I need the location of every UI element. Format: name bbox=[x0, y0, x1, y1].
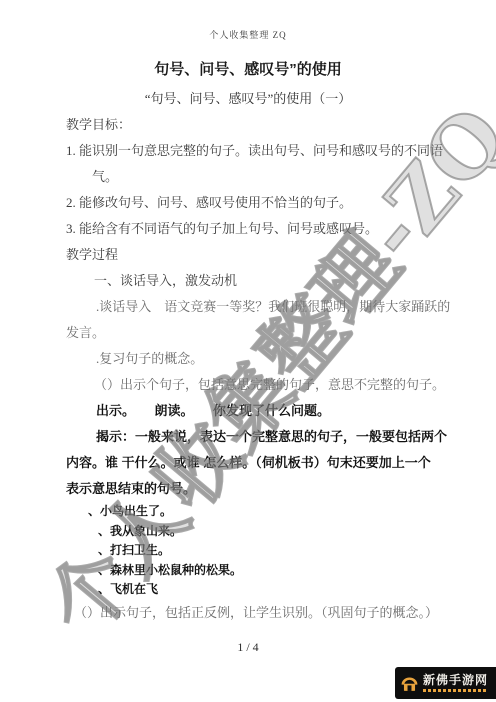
page-number: 1 / 4 bbox=[0, 640, 496, 655]
page-title: 句号、问号、感叹号”的使用 bbox=[0, 58, 496, 79]
text-line: （）出示句子，包括正反例，让学生识别。（巩固句子的概念。） bbox=[66, 600, 438, 626]
logo-text-column: 新佛手游网 bbox=[423, 674, 492, 692]
text-line: 、打扫卫生。 bbox=[66, 541, 438, 561]
house-icon bbox=[400, 674, 419, 692]
text-line: .谈话导入 语文竞赛一等奖？我们班很聪明，期待大家踊跃的 bbox=[66, 294, 438, 320]
page-subtitle: “句号、问号、感叹号”的使用（一） bbox=[0, 88, 496, 107]
text-line: 1. 能识别一句意思完整的句子。读出句号、问号和感叹号的不同语 bbox=[66, 138, 438, 164]
text-line: 教学过程 bbox=[66, 242, 438, 268]
text-line: 揭示：一般来说，表达一个完整意思的句子，一般要包括两个 bbox=[66, 424, 438, 450]
page-header: 个人收集整理 ZQ bbox=[0, 28, 496, 41]
text-line: 出示。 朗读。 你发现了什么问题。 bbox=[66, 398, 438, 424]
text-line: 气。 bbox=[66, 164, 438, 190]
site-logo: 新佛手游网 bbox=[395, 667, 496, 699]
text-line: 、小鸟出生了。 bbox=[66, 502, 438, 522]
text-line: 表示意思结束的句号。 bbox=[66, 476, 438, 502]
logo-tagline-bar bbox=[423, 689, 486, 692]
text-line: 2. 能修改句号、问号、感叹号使用不恰当的句子。 bbox=[66, 190, 438, 216]
document-body: 教学目标：1. 能识别一句意思完整的句子。读出句号、问号和感叹号的不同语气。2.… bbox=[66, 112, 438, 626]
text-line: 、森林里小松鼠种的松果。 bbox=[66, 561, 438, 581]
text-line: 发言。 bbox=[66, 320, 438, 346]
text-line: （）出示个句子，包括意思完整的句子，意思不完整的句子。 bbox=[66, 372, 438, 398]
text-line: 一、谈话导入，激发动机 bbox=[66, 268, 438, 294]
text-line: .复习句子的概念。 bbox=[66, 346, 438, 372]
text-line: 3. 能给含有不同语气的句子加上句号、问号或感叹号。 bbox=[66, 216, 438, 242]
text-line: 教学目标： bbox=[66, 112, 438, 138]
text-line: 、我从象山来。 bbox=[66, 522, 438, 542]
document-page: 个人收集整理 ZQ 句号、问号、感叹号”的使用 “句号、问号、感叹号”的使用（一… bbox=[0, 0, 496, 702]
text-line: 、飞机在飞 bbox=[66, 580, 438, 600]
logo-text: 新佛手游网 bbox=[423, 674, 492, 687]
text-line: 内容。谁 干什么。或谁 怎么样。（伺机板书）句末还要加上一个 bbox=[66, 450, 438, 476]
